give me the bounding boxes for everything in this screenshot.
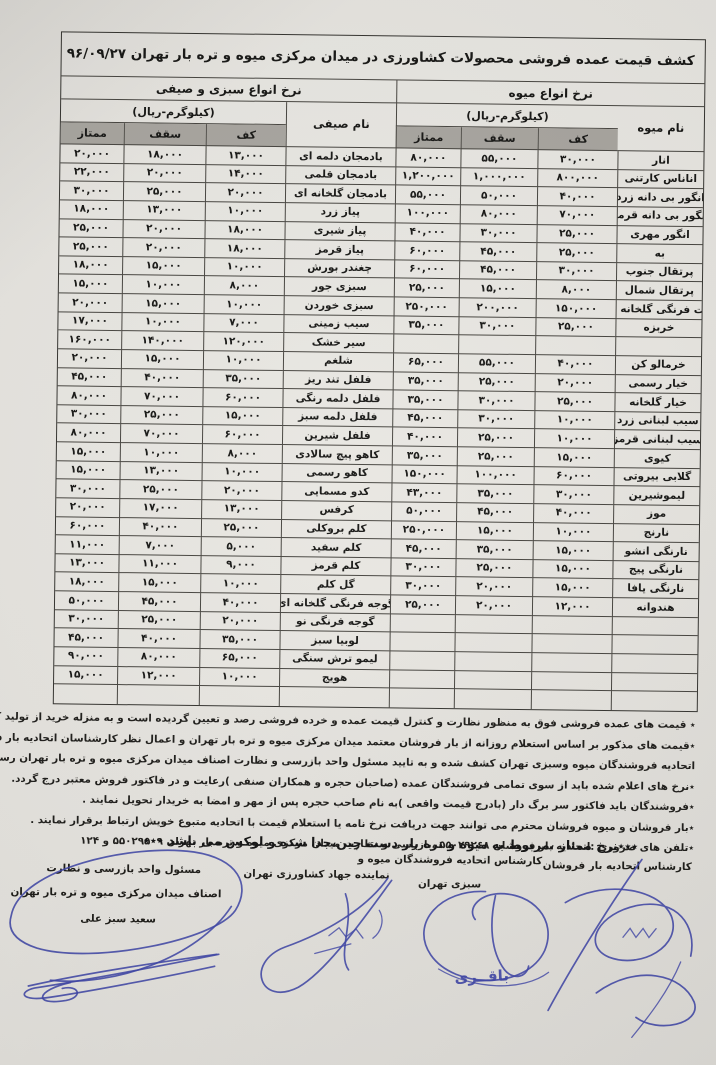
fruit-name-cell: نارنگی انشو [613, 542, 699, 562]
fruit-floor-cell [531, 634, 611, 654]
fruit-floor-cell: ۱۰,۰۰۰ [534, 411, 614, 431]
veg-name-cell: کلم بروکلی [281, 520, 391, 540]
fruit-floor-cell: ۴۰,۰۰۰ [535, 355, 615, 375]
fruit-name-header: نام میوه [618, 106, 705, 152]
fruit-floor-cell: ۱۵,۰۰۰ [534, 448, 614, 468]
fruit-name-cell: سیب لبنانی قرمز [614, 430, 700, 450]
veg-floor-cell [199, 686, 279, 706]
veg-ceiling-cell: ۱۵,۰۰۰ [118, 573, 200, 593]
veg-premium-cell: ۱۶۰,۰۰۰ [58, 331, 121, 350]
fruit-name-cell: خیار گلخانه [614, 393, 700, 413]
fruit-name-cell: هندوانه [612, 598, 698, 618]
fruit-premium-cell [389, 651, 454, 670]
veg-name-cell: لوبیا سبز [279, 631, 389, 651]
veg-ceiling-cell: ۱۳,۰۰۰ [120, 462, 202, 482]
fruit-name-cell: لیموشیرین [613, 486, 699, 506]
fruit-ceiling-cell: ۳۵,۰۰۰ [456, 540, 533, 560]
fruit-floor-cell [531, 672, 611, 692]
veg-floor-cell: ۹,۰۰۰ [200, 556, 280, 576]
veg-floor-cell: ۶۰,۰۰۰ [202, 425, 282, 445]
fruit-floor-cell: ۱۲,۰۰۰ [532, 597, 612, 617]
fruit-premium-cell: ۶۰,۰۰۰ [394, 260, 459, 279]
fruit-premium-cell: ۳۵,۰۰۰ [393, 372, 458, 391]
fruit-premium-cell: ۲۵۰,۰۰۰ [391, 521, 456, 540]
fruit-name-cell [615, 337, 701, 357]
veg-name-cell: کرفس [281, 501, 391, 521]
veg-premium-cell: ۹۰,۰۰۰ [54, 647, 117, 666]
fruit-name-cell: اناناس کارتنی [617, 170, 703, 190]
fruit-premium-cell: ۴۵,۰۰۰ [392, 409, 457, 428]
fruit-ceiling-cell: ۲۰,۰۰۰ [455, 578, 532, 598]
fruit-ceiling-cell [455, 615, 532, 635]
fruit-ceiling-cell: ۳۰,۰۰۰ [458, 317, 535, 337]
veg-name-cell: سبزی خوردن [284, 296, 394, 316]
fruit-name-cell: سیب لبنانی زرد [614, 412, 700, 432]
veg-floor-cell: ۲۵,۰۰۰ [201, 519, 281, 539]
veg-name-cell: کاهو رسمی [282, 464, 392, 484]
fruit-premium-cell: ۳۵,۰۰۰ [392, 391, 457, 410]
fruit-premium-cell: ۳۵,۰۰۰ [393, 316, 458, 335]
fruit-premium-cell: ۳۵,۰۰۰ [392, 446, 457, 465]
signature-bar-forushan [548, 858, 697, 1038]
fruit-floor-header: کف [538, 128, 618, 151]
veg-floor-cell: ۳۵,۰۰۰ [203, 370, 283, 390]
fruit-ceiling-cell: ۴۵,۰۰۰ [459, 242, 536, 262]
fruit-premium-cell: ۴۵,۰۰۰ [391, 540, 456, 559]
veg-premium-cell: ۲۰,۰۰۰ [59, 293, 122, 312]
fruit-ceiling-cell [454, 652, 531, 672]
veg-name-cell: گل کلم [280, 575, 390, 595]
veg-name-cell: فلفل دلمه رنگی [282, 389, 392, 409]
veg-ceiling-cell: ۱۷,۰۰۰ [119, 499, 201, 519]
veg-name-cell: کاهو پیچ سالادی [282, 445, 392, 465]
fruit-floor-cell: ۳۰,۰۰۰ [533, 485, 613, 505]
veg-premium-cell: ۲۰,۰۰۰ [58, 349, 121, 368]
veg-premium-cell: ۳۰,۰۰۰ [60, 182, 123, 201]
fruit-floor-cell: ۱۵,۰۰۰ [532, 560, 612, 580]
veg-floor-cell: ۶۵,۰۰۰ [199, 649, 279, 669]
fruit-premium-cell [389, 689, 454, 708]
fruit-premium-cell: ۶۰,۰۰۰ [394, 242, 459, 261]
fruit-ceiling-cell: ۱۵,۰۰۰ [459, 280, 536, 300]
veg-floor-cell: ۳۵,۰۰۰ [199, 630, 279, 650]
veg-premium-cell: ۳۰,۰۰۰ [55, 610, 118, 629]
fruit-premium-cell: ۵۵,۰۰۰ [395, 186, 460, 205]
fruit-name-cell: انگور بی دانه قرمز [617, 207, 703, 227]
fruit-ceiling-cell: ۳۵,۰۰۰ [456, 484, 533, 504]
fruit-floor-cell: ۲۰,۰۰۰ [535, 374, 615, 394]
veg-name-cell: کلم قرمز [280, 557, 390, 577]
fruit-name-cell: کیوی [614, 449, 700, 469]
veg-name-cell: شلغم [283, 352, 393, 372]
veg-unit-header: (کیلوگرم-ریال) [61, 99, 286, 125]
veg-ceiling-cell: ۱۰,۰۰۰ [122, 275, 204, 295]
fruit-name-cell: توت فرنگی گلخانه ای [616, 300, 702, 320]
veg-name-cell: فلفل تند ریز [283, 371, 393, 391]
veg-premium-cell: ۱۵,۰۰۰ [57, 461, 120, 480]
veg-ceiling-cell [117, 685, 199, 705]
veg-floor-cell: ۴۰,۰۰۰ [200, 593, 280, 613]
document-title: کشف قیمت عمده فروشی محصولات کشاورزی در م… [61, 32, 704, 84]
veg-premium-cell: ۱۳,۰۰۰ [55, 554, 118, 573]
veg-premium-cell: ۲۰,۰۰۰ [56, 498, 119, 517]
fruit-premium-cell: ۴۰,۰۰۰ [394, 223, 459, 242]
signature-jahad [261, 877, 392, 994]
veg-ceiling-cell: ۷۰,۰۰۰ [120, 424, 202, 444]
veg-ceiling-cell: ۱۱,۰۰۰ [118, 555, 200, 575]
veg-name-cell: فلفل شیرین [282, 426, 392, 446]
veg-premium-cell: ۴۵,۰۰۰ [58, 368, 121, 387]
veg-ceiling-cell: ۲۵,۰۰۰ [118, 611, 200, 631]
fruit-name-cell [611, 635, 697, 655]
veg-ceiling-cell: ۲۰,۰۰۰ [122, 220, 204, 240]
fruit-name-cell [611, 654, 697, 674]
fruit-unit-header: (کیلوگرم-ریال) [396, 103, 618, 129]
signature-inspection-ellipse [9, 848, 242, 1004]
veg-ceiling-cell: ۲۵,۰۰۰ [119, 480, 201, 500]
veg-ceiling-cell: ۱۵,۰۰۰ [122, 257, 204, 277]
veg-premium-cell: ۱۸,۰۰۰ [59, 256, 122, 275]
veg-name-cell: سیر خشک [283, 333, 393, 353]
veg-floor-cell: ۱۴,۰۰۰ [205, 165, 285, 185]
fruit-ceiling-cell: ۱۵,۰۰۰ [456, 522, 533, 542]
fruit-ceiling-cell: ۵۵,۰۰۰ [458, 354, 535, 374]
fruit-premium-cell [389, 633, 454, 652]
veg-floor-cell: ۱۵,۰۰۰ [202, 407, 282, 427]
veg-name-cell: کلم سفید [281, 538, 391, 558]
fruit-ceiling-cell: ۱,۰۰۰,۰۰۰ [460, 168, 537, 188]
fruit-name-cell: انار [617, 151, 703, 171]
signatures-ink-layer [0, 834, 710, 1065]
fruit-premium-cell: ۳۰,۰۰۰ [390, 558, 455, 577]
fruit-ceiling-cell: ۲۵,۰۰۰ [455, 559, 532, 579]
veg-name-cell: پیاز شیری [284, 222, 394, 242]
fruit-floor-cell: ۱۵,۰۰۰ [532, 578, 612, 598]
veg-premium-cell: ۲۰,۰۰۰ [60, 144, 123, 163]
fruit-name-cell: گلابی بیروتی [613, 468, 699, 488]
fruit-premium-cell: ۵۰,۰۰۰ [391, 502, 456, 521]
fruit-floor-cell: ۲۵,۰۰۰ [536, 225, 616, 245]
fruit-name-cell: خرمالو کن [615, 356, 701, 376]
veg-name-cell: بادمجان گلخانه ای [285, 184, 395, 204]
veg-name-header: نام صیفی [286, 102, 397, 148]
price-grid: کشف قیمت عمده فروشی محصولات کشاورزی در م… [53, 31, 706, 712]
veg-name-cell: چغندر بورش [284, 259, 394, 279]
fruit-ceiling-cell: ۲۵,۰۰۰ [457, 447, 534, 467]
veg-name-cell: هویج [279, 669, 389, 689]
sheet-content: کشف قیمت عمده فروشی محصولات کشاورزی در م… [0, 0, 716, 1065]
fruit-premium-cell: ۶۵,۰۰۰ [393, 353, 458, 372]
veg-premium-cell: ۴۵,۰۰۰ [54, 629, 117, 648]
veg-floor-cell: ۸,۰۰۰ [204, 276, 284, 296]
fruit-floor-cell: ۴۰,۰۰۰ [537, 187, 617, 207]
fruit-floor-cell: ۷۰,۰۰۰ [537, 206, 617, 226]
fruit-name-cell: پرتقال جنوب [616, 263, 702, 283]
veg-premium-cell: ۱۱,۰۰۰ [56, 535, 119, 554]
fruit-ceiling-cell [454, 633, 531, 653]
veg-floor-cell: ۶۰,۰۰۰ [202, 388, 282, 408]
fruit-ceiling-cell: ۴۵,۰۰۰ [459, 261, 536, 281]
veg-ceiling-cell: ۷,۰۰۰ [119, 536, 201, 556]
veg-premium-cell: ۱۵,۰۰۰ [57, 442, 120, 461]
veg-floor-cell: ۱۰,۰۰۰ [204, 295, 284, 315]
fruit-floor-cell: ۱۵,۰۰۰ [533, 541, 613, 561]
veg-floor-cell: ۸,۰۰۰ [202, 444, 282, 464]
fruit-ceiling-cell: ۳۰,۰۰۰ [457, 391, 534, 411]
fruit-ceiling-cell: ۳۰,۰۰۰ [457, 410, 534, 430]
veg-floor-cell: ۲۰,۰۰۰ [201, 481, 281, 501]
fruit-ceiling-cell [454, 671, 531, 691]
veg-premium-cell: ۲۵,۰۰۰ [59, 219, 122, 238]
fruit-name-cell: خربزه [615, 319, 701, 339]
fruit-premium-header: ممتاز [396, 126, 461, 149]
veg-ceiling-cell: ۲۵,۰۰۰ [123, 182, 205, 202]
fruit-name-cell: نارنگی یافا [612, 579, 698, 599]
fruit-floor-cell [535, 336, 615, 356]
fruit-ceiling-cell: ۲۰۰,۰۰۰ [459, 298, 536, 318]
veg-floor-cell: ۱۰,۰۰۰ [200, 574, 280, 594]
fruit-ceiling-header: سقف [461, 127, 538, 150]
fruit-premium-cell [390, 614, 455, 633]
fruit-premium-cell: ۲۵,۰۰۰ [394, 279, 459, 298]
veg-ceiling-cell: ۲۰,۰۰۰ [123, 164, 205, 184]
veg-name-cell: پیاز قرمز [284, 240, 394, 260]
signature-bagheri [423, 891, 549, 987]
fruit-premium-cell [389, 670, 454, 689]
veg-premium-cell: ۵۰,۰۰۰ [55, 591, 118, 610]
fruit-ceiling-cell: ۲۵,۰۰۰ [458, 373, 535, 393]
veg-floor-cell: ۱۲۰,۰۰۰ [203, 332, 283, 352]
fruit-premium-cell: ۱,۲۰۰,۰۰۰ [395, 167, 460, 186]
veg-ceiling-header: سقف [124, 123, 206, 146]
veg-premium-cell: ۱۸,۰۰۰ [55, 573, 118, 592]
veg-ceiling-cell: ۱۰,۰۰۰ [121, 313, 203, 333]
veg-premium-cell: ۱۷,۰۰۰ [58, 312, 121, 331]
veg-name-cell: گوجه فرنگی گلخانه ای [280, 594, 390, 614]
fruit-name-cell: خیار رسمی [615, 375, 701, 395]
fruit-floor-cell: ۶۰,۰۰۰ [533, 467, 613, 487]
veg-ceiling-cell: ۸۰,۰۰۰ [117, 648, 199, 668]
veg-ceiling-cell: ۴۵,۰۰۰ [118, 592, 200, 612]
fruit-floor-cell [531, 690, 611, 710]
fruit-floor-cell: ۳۰,۰۰۰ [537, 150, 617, 170]
fruit-floor-cell: ۴۰,۰۰۰ [533, 504, 613, 524]
scanned-price-sheet: کشف قیمت عمده فروشی محصولات کشاورزی در م… [0, 0, 716, 1065]
veg-ceiling-cell: ۱۵,۰۰۰ [122, 294, 204, 314]
veg-name-cell: سبزی جور [284, 277, 394, 297]
fruit-ceiling-cell: ۲۵,۰۰۰ [457, 429, 534, 449]
fruit-premium-cell: ۱۰۰,۰۰۰ [395, 204, 460, 223]
fruit-name-cell: نارنج [613, 524, 699, 544]
fruit-ceiling-cell [458, 335, 535, 355]
fruit-ceiling-cell [454, 689, 531, 709]
veg-floor-cell: ۱۳,۰۰۰ [201, 500, 281, 520]
fruit-ceiling-cell: ۵۵,۰۰۰ [460, 149, 537, 169]
veg-ceiling-cell: ۱۲,۰۰۰ [117, 667, 199, 687]
fruit-premium-cell: ۸۰,۰۰۰ [395, 148, 460, 167]
veg-name-cell: سیب زمینی [283, 315, 393, 335]
fruit-floor-cell [532, 616, 612, 636]
fruit-name-cell: پرتقال شمال [616, 281, 702, 301]
veg-floor-cell: ۱۸,۰۰۰ [204, 221, 284, 241]
veg-ceiling-cell: ۱۳,۰۰۰ [123, 201, 205, 221]
fruit-floor-cell: ۳۰,۰۰۰ [536, 262, 616, 282]
fruit-premium-cell [393, 335, 458, 354]
fruit-floor-cell: ۱۰,۰۰۰ [534, 430, 614, 450]
fruit-ceiling-cell: ۴۵,۰۰۰ [456, 503, 533, 523]
fruit-floor-cell: ۲۵,۰۰۰ [535, 318, 615, 338]
veg-premium-cell: ۲۵,۰۰۰ [59, 237, 122, 256]
fruit-name-cell: نارنگی پیج [612, 561, 698, 581]
veg-name-cell [279, 687, 389, 707]
fruit-name-cell: به [616, 244, 702, 264]
veg-premium-header: ممتاز [61, 122, 124, 145]
fruit-ceiling-cell: ۲۰,۰۰۰ [455, 596, 532, 616]
veg-premium-cell: ۶۰,۰۰۰ [56, 517, 119, 536]
veg-floor-cell: ۲۰,۰۰۰ [200, 612, 280, 632]
fruit-ceiling-cell: ۸۰,۰۰۰ [460, 205, 537, 225]
veg-floor-cell: ۱۰,۰۰۰ [203, 351, 283, 371]
veg-premium-cell: ۳۰,۰۰۰ [57, 405, 120, 424]
veg-floor-cell: ۱۸,۰۰۰ [204, 239, 284, 259]
veg-name-cell: بادمجان قلمی [285, 166, 395, 186]
fruit-floor-cell: ۱۰,۰۰۰ [533, 523, 613, 543]
veg-ceiling-cell: ۱۰,۰۰۰ [120, 443, 202, 463]
veg-ceiling-cell: ۲۵,۰۰۰ [120, 406, 202, 426]
fruit-premium-cell: ۱۵۰,۰۰۰ [391, 465, 456, 484]
veg-floor-cell: ۱۰,۰۰۰ [205, 202, 285, 222]
fruit-floor-cell: ۲۵,۰۰۰ [536, 243, 616, 263]
fruit-name-cell [611, 673, 697, 693]
veg-floor-cell: ۱۰,۰۰۰ [202, 463, 282, 483]
fruit-ceiling-cell: ۵۰,۰۰۰ [460, 186, 537, 206]
veg-ceiling-cell: ۱۸,۰۰۰ [123, 145, 205, 165]
fruit-floor-cell: ۲۵,۰۰۰ [534, 392, 614, 412]
veg-premium-cell: ۸۰,۰۰۰ [57, 386, 120, 405]
veg-floor-cell: ۷,۰۰۰ [203, 314, 283, 334]
fruit-name-cell [611, 691, 697, 711]
veg-ceiling-cell: ۴۰,۰۰۰ [119, 518, 201, 538]
fruit-premium-cell: ۴۳,۰۰۰ [391, 484, 456, 503]
fruit-premium-cell: ۴۰,۰۰۰ [392, 428, 457, 447]
veg-floor-header: کف [206, 124, 286, 147]
fruit-name-cell: موز [613, 505, 699, 525]
veg-name-cell: لیمو ترش سنگی [279, 650, 389, 670]
veg-ceiling-cell: ۱۴۰,۰۰۰ [121, 331, 203, 351]
veg-ceiling-cell: ۲۰,۰۰۰ [122, 238, 204, 258]
fruit-floor-cell: ۸۰۰,۰۰۰ [537, 169, 617, 189]
veg-name-cell: گوجه فرنگی نو [280, 613, 390, 633]
veg-premium-cell [54, 684, 117, 703]
fruit-ceiling-cell: ۳۰,۰۰۰ [459, 224, 536, 244]
veg-name-cell: پیاز زرد [285, 203, 395, 223]
veg-name-cell: بادمجان دلمه ای [285, 147, 395, 167]
veg-name-cell: کدو مسمایی [281, 482, 391, 502]
fruit-ceiling-cell: ۱۰۰,۰۰۰ [456, 466, 533, 486]
veg-floor-cell: ۱۳,۰۰۰ [205, 146, 285, 166]
fruit-name-cell [612, 617, 698, 637]
veg-floor-cell: ۱۰,۰۰۰ [199, 668, 279, 688]
fruit-name-cell: انگور مهری [616, 226, 702, 246]
veg-floor-cell: ۵,۰۰۰ [201, 537, 281, 557]
fruit-premium-cell: ۳۰,۰۰۰ [390, 577, 455, 596]
fruit-floor-cell: ۱۵۰,۰۰۰ [536, 299, 616, 319]
fruit-floor-cell: ۸,۰۰۰ [536, 281, 616, 301]
veg-premium-cell: ۲۲,۰۰۰ [60, 163, 123, 182]
fruit-name-cell: انگور بی دانه زرد [617, 188, 703, 208]
veg-premium-cell: ۳۰,۰۰۰ [56, 480, 119, 499]
veg-premium-cell: ۸۰,۰۰۰ [57, 424, 120, 443]
fruit-premium-cell: ۲۵,۰۰۰ [390, 595, 455, 614]
fruit-premium-cell: ۲۵۰,۰۰۰ [394, 297, 459, 316]
veg-ceiling-cell: ۱۵,۰۰۰ [121, 350, 203, 370]
veg-floor-cell: ۱۰,۰۰۰ [204, 258, 284, 278]
veg-premium-cell: ۱۵,۰۰۰ [59, 275, 122, 294]
veg-premium-cell: ۱۸,۰۰۰ [60, 200, 123, 219]
veg-ceiling-cell: ۷۰,۰۰۰ [120, 387, 202, 407]
veg-ceiling-cell: ۴۰,۰۰۰ [121, 369, 203, 389]
veg-ceiling-cell: ۴۰,۰۰۰ [117, 629, 199, 649]
fruit-floor-cell [531, 653, 611, 673]
veg-floor-cell: ۲۰,۰۰۰ [205, 183, 285, 203]
veg-premium-cell: ۱۵,۰۰۰ [54, 666, 117, 685]
veg-name-cell: فلفل دلمه سبز [282, 408, 392, 428]
